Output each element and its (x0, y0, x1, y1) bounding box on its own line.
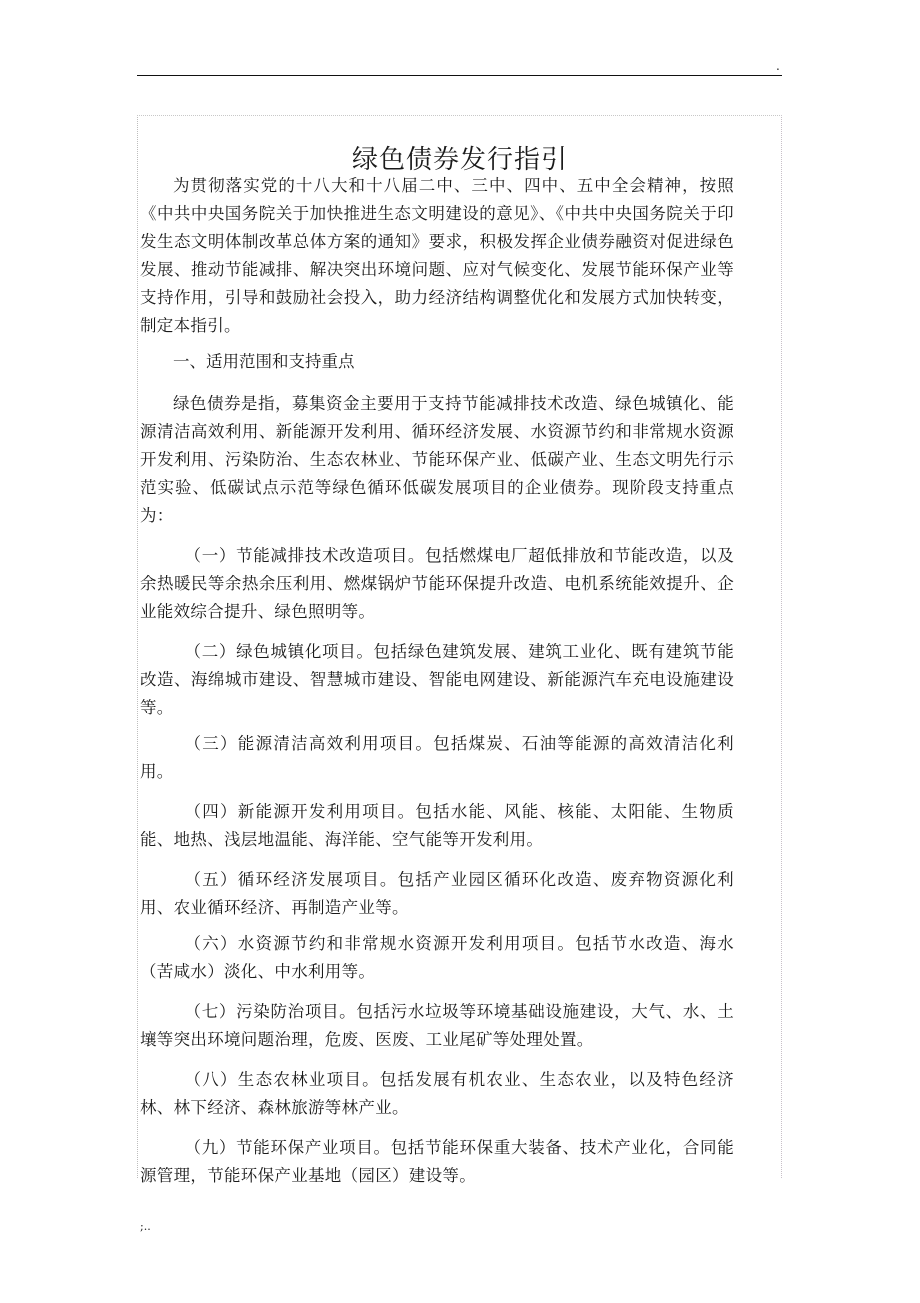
header-mark: . (776, 60, 780, 72)
list-item: （六）水资源节约和非常规水资源开发利用项目。包括节水改造、海水（苦咸水）淡化、中… (140, 930, 734, 986)
document-body: 为贯彻落实党的十八大和十八届二中、三中、四中、五中全会精神，按照《中共中央国务院… (140, 172, 734, 1190)
list-item: （一）节能减排技术改造项目。包括燃煤电厂超低排放和节能改造，以及余热暖民等余热余… (140, 542, 734, 626)
intro-paragraph: 为贯彻落实党的十八大和十八届二中、三中、四中、五中全会精神，按照《中共中央国务院… (140, 172, 734, 340)
list-item: （三）能源清洁高效利用项目。包括煤炭、石油等能源的高效清洁化利用。 (140, 730, 734, 786)
footer-mark: ;.. (140, 1220, 151, 1233)
section-heading: 一、适用范围和支持重点 (140, 348, 734, 382)
list-item: （八）生态农林业项目。包括发展有机农业、生态农业，以及特色经济林、林下经济、森林… (140, 1066, 734, 1122)
header-rule (137, 75, 782, 76)
definition-paragraph: 绿色债券是指，募集资金主要用于支持节能减排技术改造、绿色城镇化、能源清洁高效利用… (140, 390, 734, 530)
list-item: （五）循环经济发展项目。包括产业园区循环化改造、废弃物资源化利用、农业循环经济、… (140, 866, 734, 922)
list-item: （二）绿色城镇化项目。包括绿色建筑发展、建筑工业化、既有建筑节能改造、海绵城市建… (140, 638, 734, 722)
list-item: （四）新能源开发利用项目。包括水能、风能、核能、太阳能、生物质能、地热、浅层地温… (140, 798, 734, 854)
list-item: （九）节能环保产业项目。包括节能环保重大装备、技术产业化，合同能源管理，节能环保… (140, 1134, 734, 1190)
list-item: （七）污染防治项目。包括污水垃圾等环境基础设施建设，大气、水、土壤等突出环境问题… (140, 998, 734, 1054)
